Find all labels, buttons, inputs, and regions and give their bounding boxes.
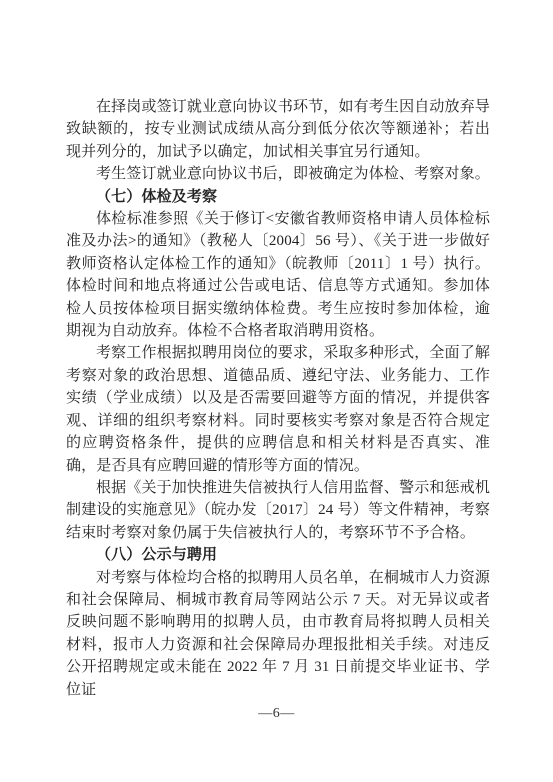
- section-heading: （八）公示与聘用: [66, 544, 490, 566]
- paragraph: 考察工作根据拟聘用岗位的要求，采取多种形式，全面了解考察对象的政治思想、道德品质…: [66, 342, 490, 476]
- paragraph: 对考察与体检均合格的拟聘用人员名单，在桐城市人力资源和社会保障局、桐城市教育局等…: [66, 567, 490, 701]
- section-heading: （七）体检及考察: [66, 186, 490, 208]
- document-page: 在择岗或签订就业意向协议书环节，如有考生因自动放弃导致缺额的，按专业测试成绩从高…: [0, 0, 553, 782]
- page-footer: —6—: [0, 706, 553, 722]
- page-number: —6—: [258, 706, 295, 721]
- document-body: 在择岗或签订就业意向协议书环节，如有考生因自动放弃导致缺额的，按专业测试成绩从高…: [66, 96, 490, 701]
- paragraph: 根据《关于加快推进失信被执行人信用监督、警示和惩戒机制建设的实施意见》（皖办发〔…: [66, 477, 490, 544]
- paragraph: 在择岗或签订就业意向协议书环节，如有考生因自动放弃导致缺额的，按专业测试成绩从高…: [66, 96, 490, 163]
- paragraph: 考生签订就业意向协议书后，即被确定为体检、考察对象。: [66, 163, 490, 185]
- paragraph: 体检标准参照《关于修订<安徽省教师资格申请人员体检标准及办法>的通知》（教秘人〔…: [66, 208, 490, 342]
